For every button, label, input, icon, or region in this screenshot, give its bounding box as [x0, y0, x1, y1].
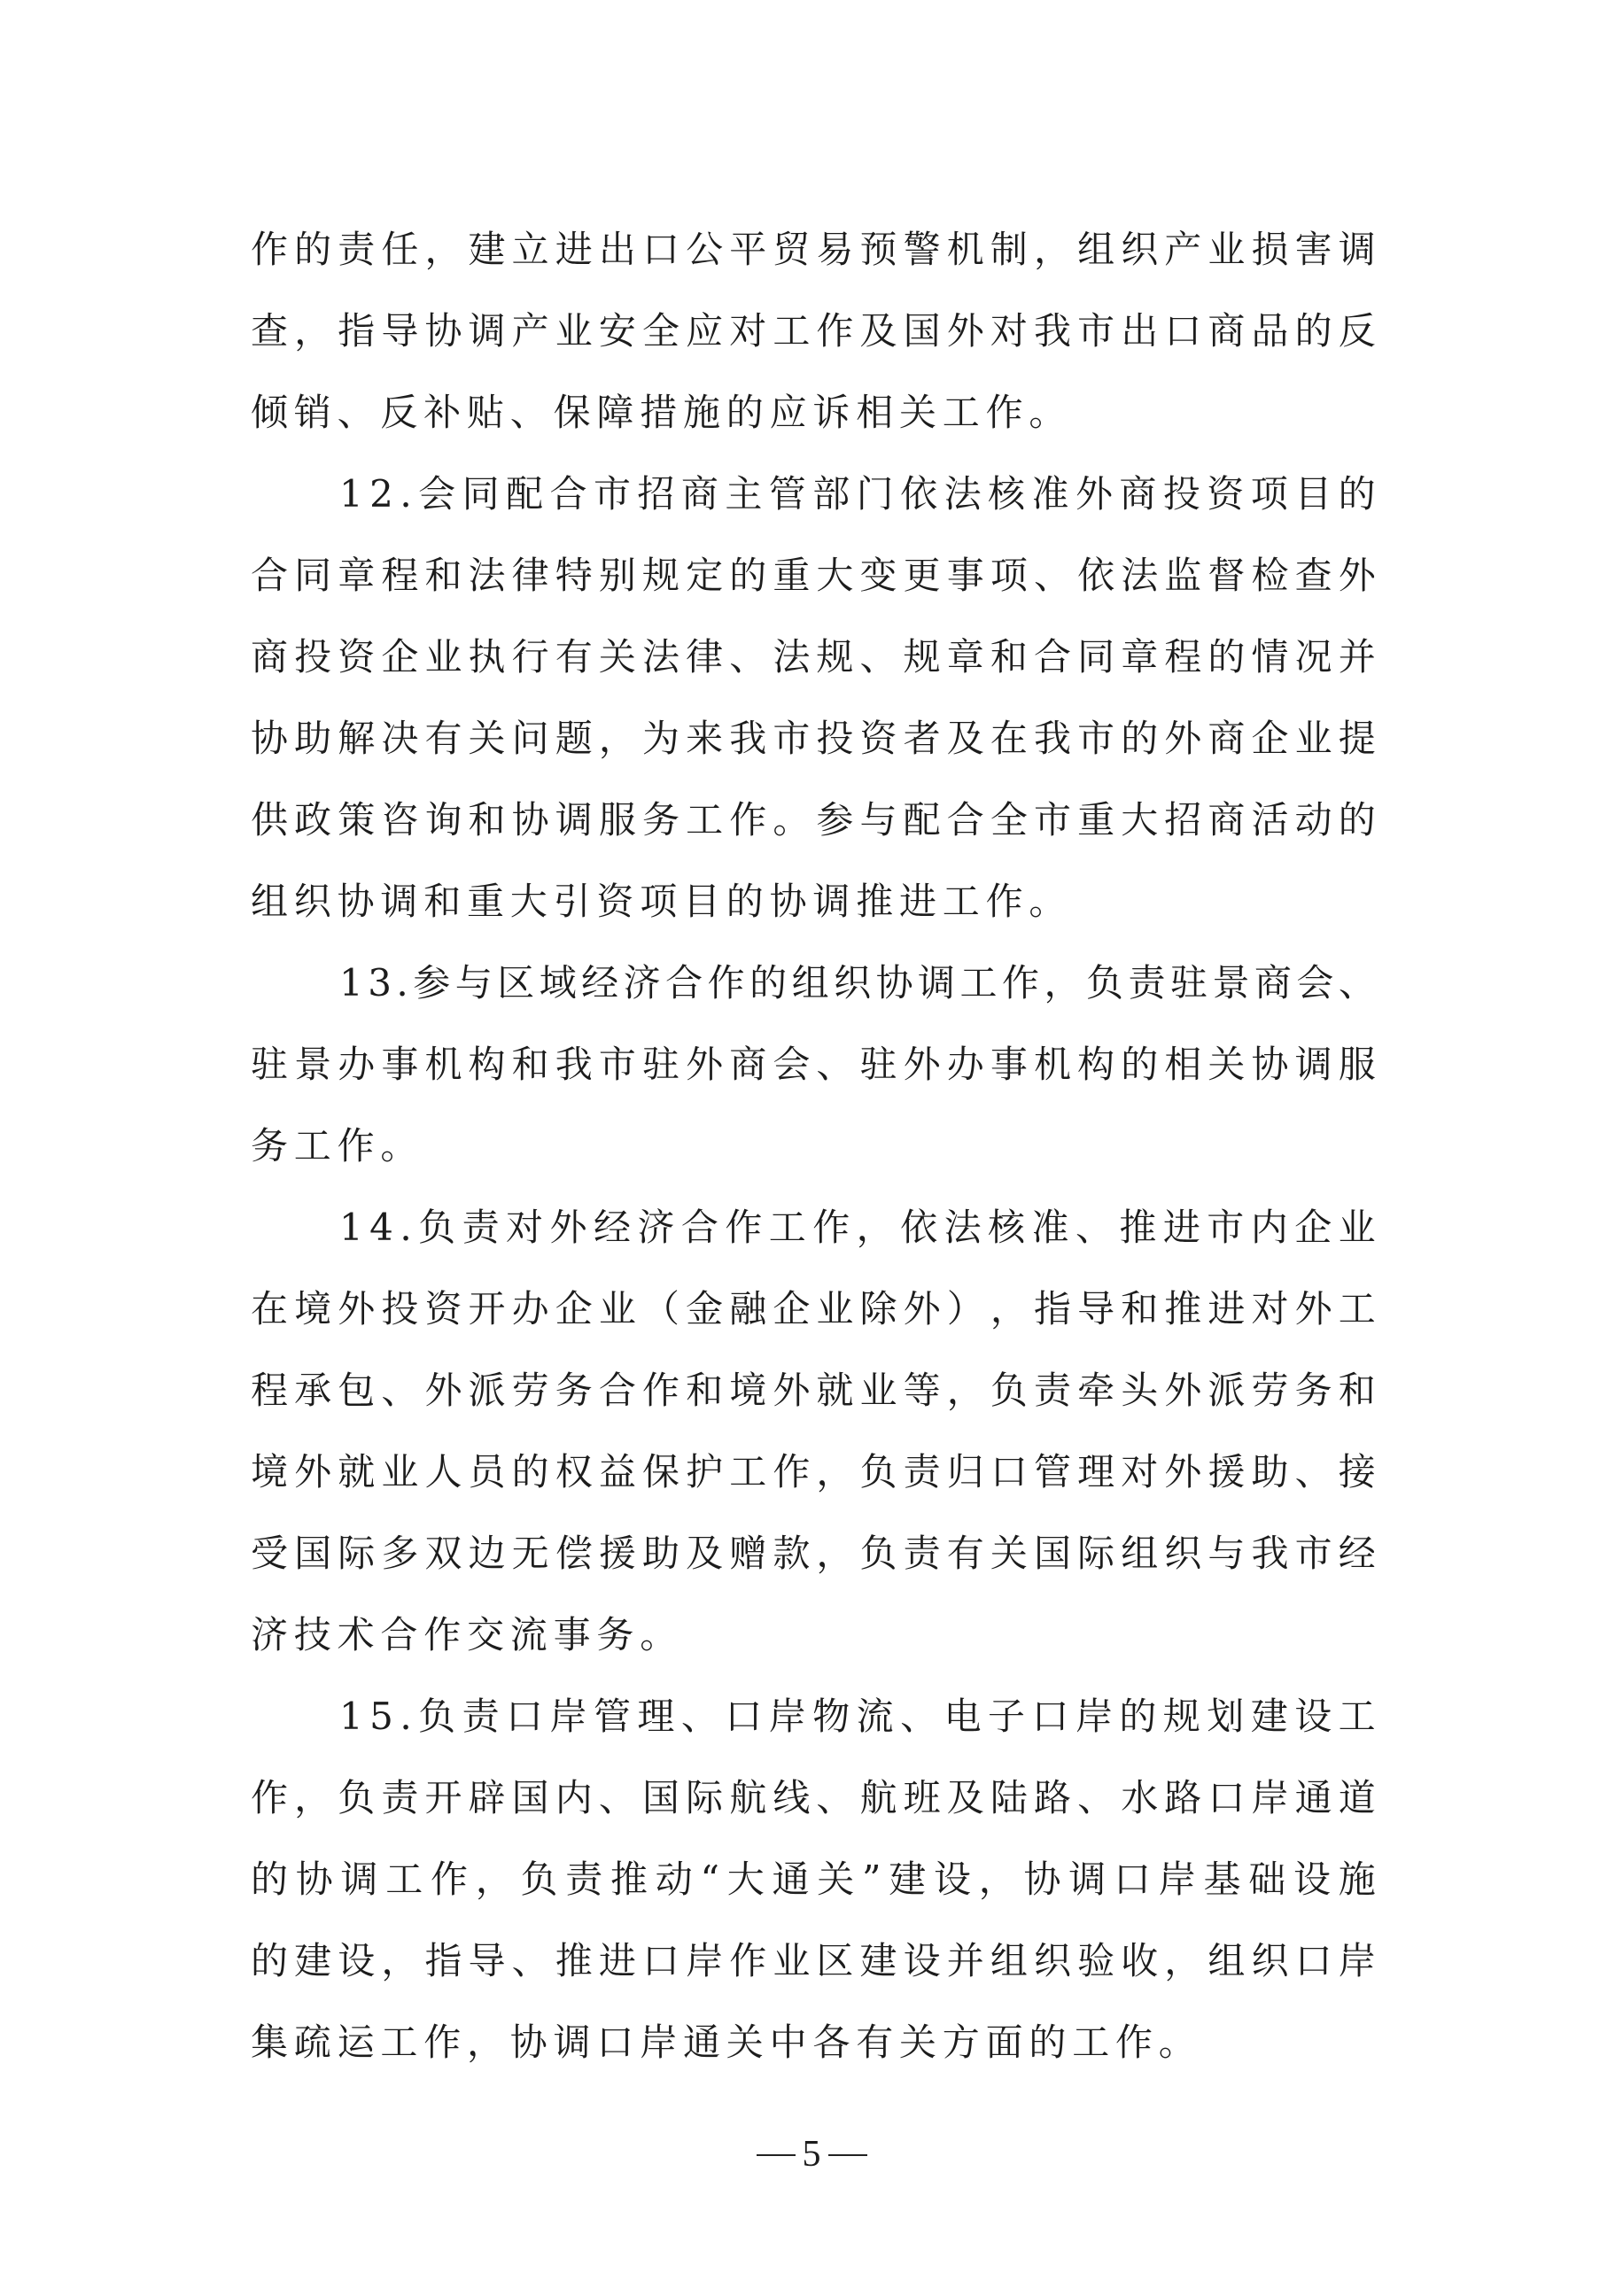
text-line: 商投资企业执行有关法律、法规、规章和合同章程的情况并 — [251, 627, 1376, 709]
text-line: 济技术合作交流事务。 — [251, 1605, 1376, 1687]
text-line: 受国际多双边无偿援助及赠款，负责有关国际组织与我市经 — [251, 1524, 1376, 1605]
paragraph-item-11-continued: 作的责任，建立进出口公平贸易预警机制，组织产业损害调 查，指导协调产业安全应对工… — [251, 220, 1376, 464]
text-line: 作，负责开辟国内、国际航线、航班及陆路、水路口岸通道 — [251, 1768, 1376, 1850]
text-line: 集疏运工作，协调口岸通关中各有关方面的工作。 — [251, 2013, 1376, 2094]
text-line: 13.参与区域经济合作的组织协调工作，负责驻景商会、 — [251, 953, 1376, 1035]
text-line: 15.负责口岸管理、口岸物流、电子口岸的规划建设工 — [251, 1687, 1376, 1768]
paragraph-item-13: 13.参与区域经济合作的组织协调工作，负责驻景商会、 驻景办事机构和我市驻外商会… — [251, 953, 1376, 1198]
page-number: 5 — [0, 2129, 1623, 2179]
text-line: 14.负责对外经济合作工作，依法核准、推进市内企业 — [251, 1198, 1376, 1279]
text-line: 倾销、反补贴、保障措施的应诉相关工作。 — [251, 383, 1376, 464]
page-number-dash-right — [828, 2154, 867, 2156]
body-text: 作的责任，建立进出口公平贸易预警机制，组织产业损害调 查，指导协调产业安全应对工… — [251, 220, 1376, 2094]
text-line: 在境外投资开办企业（金融企业除外），指导和推进对外工 — [251, 1279, 1376, 1361]
text-line: 协助解决有关问题，为来我市投资者及在我市的外商企业提 — [251, 709, 1376, 790]
page-number-value: 5 — [803, 2134, 821, 2175]
text-line: 作的责任，建立进出口公平贸易预警机制，组织产业损害调 — [251, 220, 1376, 301]
text-line: 程承包、外派劳务合作和境外就业等，负责牵头外派劳务和 — [251, 1361, 1376, 1442]
text-line: 组织协调和重大引资项目的协调推进工作。 — [251, 872, 1376, 953]
page-number-dash-left — [757, 2154, 796, 2156]
text-line: 12.会同配合市招商主管部门依法核准外商投资项目的 — [251, 464, 1376, 546]
document-page: 作的责任，建立进出口公平贸易预警机制，组织产业损害调 查，指导协调产业安全应对工… — [0, 0, 1623, 2296]
paragraph-item-15: 15.负责口岸管理、口岸物流、电子口岸的规划建设工 作，负责开辟国内、国际航线、… — [251, 1687, 1376, 2094]
text-line: 境外就业人员的权益保护工作，负责归口管理对外援助、接 — [251, 1442, 1376, 1524]
text-line: 查，指导协调产业安全应对工作及国外对我市出口商品的反 — [251, 301, 1376, 383]
paragraph-item-12: 12.会同配合市招商主管部门依法核准外商投资项目的 合同章程和法律特别规定的重大… — [251, 464, 1376, 953]
text-line: 驻景办事机构和我市驻外商会、驻外办事机构的相关协调服 — [251, 1035, 1376, 1116]
text-line: 供政策咨询和协调服务工作。参与配合全市重大招商活动的 — [251, 790, 1376, 872]
paragraph-item-14: 14.负责对外经济合作工作，依法核准、推进市内企业 在境外投资开办企业（金融企业… — [251, 1198, 1376, 1687]
text-line: 合同章程和法律特别规定的重大变更事项、依法监督检查外 — [251, 546, 1376, 627]
text-line: 的协调工作，负责推动“大通关”建设，协调口岸基础设施 — [251, 1850, 1376, 1931]
text-line: 务工作。 — [251, 1116, 1376, 1198]
text-line: 的建设，指导、推进口岸作业区建设并组织验收，组织口岸 — [251, 1931, 1376, 2013]
